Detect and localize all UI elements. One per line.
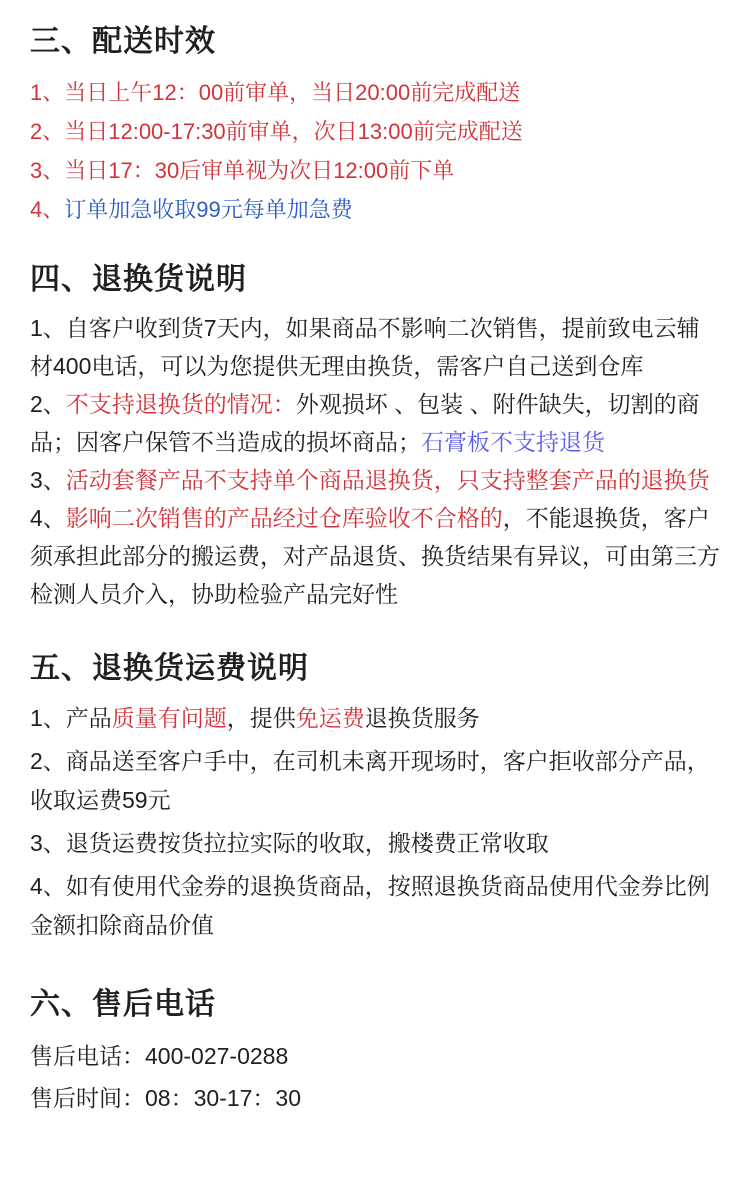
text-segment: 活动套餐产品不支持单个商品退换货，只支持整套产品的退换货	[66, 467, 710, 493]
section-heading-return-policy: 四、退换货说明	[30, 262, 722, 298]
section-after-sales-phone: 六、售后电话售后电话：400-027-0288售后时间：08：30-17：30	[30, 987, 722, 1119]
policy-line: 1、当日上午12：00前审单，当日20:00前完成配送	[30, 73, 722, 112]
text-segment: 2、	[30, 391, 66, 417]
text-segment: 3、当日17：30后审单视为次日12:00前下单	[30, 158, 454, 183]
policy-document: 三、配送时效1、当日上午12：00前审单，当日20:00前完成配送2、当日12:…	[0, 0, 750, 1159]
policy-line: 3、当日17：30后审单视为次日12:00前下单	[30, 151, 722, 190]
text-segment: ，提供	[227, 705, 296, 731]
text-segment: 不支持退换货的情况：	[66, 391, 296, 417]
policy-line: 2、当日12:00-17:30前审单，次日13:00前完成配送	[30, 112, 722, 151]
text-segment: 2、当日12:00-17:30前审单，次日13:00前完成配送	[30, 119, 523, 144]
text-segment: 影响二次销售的产品经过仓库验收不合格的	[66, 505, 503, 531]
text-segment: 4、如有使用代金券的退换货商品，按照退换货商品使用代金券比例金额扣除商品价值	[30, 873, 710, 938]
section-heading-return-shipping-fee: 五、退换货运费说明	[30, 651, 722, 687]
policy-line: 4、订单加急收取99元每单加急费	[30, 190, 722, 229]
text-segment: 质量有问题	[112, 705, 227, 731]
policy-line: 3、活动套餐产品不支持单个商品退换货，只支持整套产品的退换货	[30, 461, 722, 499]
text-segment: 订单加急收取99元每单加急费	[64, 197, 352, 222]
text-segment: 3、退货运费按货拉拉实际的收取，搬楼费正常收取	[30, 830, 549, 856]
policy-line: 4、影响二次销售的产品经过仓库验收不合格的，不能退换货，客户须承担此部分的搬运费…	[30, 499, 722, 613]
text-segment: 免运费	[296, 705, 365, 731]
text-segment: 3、	[30, 467, 66, 493]
section-return-shipping-fee: 五、退换货运费说明1、产品质量有问题，提供免运费退换货服务2、商品送至客户手中，…	[30, 651, 722, 945]
text-segment: 4、	[30, 197, 64, 222]
section-delivery-time: 三、配送时效1、当日上午12：00前审单，当日20:00前完成配送2、当日12:…	[30, 24, 722, 229]
section-heading-after-sales-phone: 六、售后电话	[30, 987, 722, 1023]
text-segment: 2、商品送至客户手中，在司机未离开现场时，客户拒收部分产品，收取运费59元	[30, 748, 710, 813]
section-return-policy: 四、退换货说明1、自客户收到货7天内，如果商品不影响二次销售，提前致电云辅材40…	[30, 262, 722, 613]
text-segment: 1、自客户收到货7天内，如果商品不影响二次销售，提前致电云辅材400电话，可以为…	[30, 315, 700, 379]
text-segment: 售后电话：400-027-0288	[30, 1043, 288, 1069]
text-segment: 4、	[30, 505, 66, 531]
policy-line: 3、退货运费按货拉拉实际的收取，搬楼费正常收取	[30, 824, 722, 863]
policy-line: 2、不支持退换货的情况：外观损坏 、包装 、附件缺失，切割的商品；因客户保管不当…	[30, 385, 722, 461]
text-segment: 石膏板不支持退货	[421, 429, 605, 455]
policy-line: 2、商品送至客户手中，在司机未离开现场时，客户拒收部分产品，收取运费59元	[30, 742, 722, 820]
policy-line: 售后时间：08：30-17：30	[30, 1077, 722, 1119]
policy-line: 1、自客户收到货7天内，如果商品不影响二次销售，提前致电云辅材400电话，可以为…	[30, 309, 722, 385]
text-segment: 售后时间：08：30-17：30	[30, 1085, 301, 1111]
policy-line: 4、如有使用代金券的退换货商品，按照退换货商品使用代金券比例金额扣除商品价值	[30, 867, 722, 945]
policy-line: 售后电话：400-027-0288	[30, 1035, 722, 1077]
section-heading-delivery-time: 三、配送时效	[30, 24, 722, 60]
text-segment: 1、产品	[30, 705, 112, 731]
policy-line: 1、产品质量有问题，提供免运费退换货服务	[30, 699, 722, 738]
text-segment: 退换货服务	[365, 705, 480, 731]
text-segment: 1、当日上午12：00前审单，当日20:00前完成配送	[30, 80, 520, 105]
